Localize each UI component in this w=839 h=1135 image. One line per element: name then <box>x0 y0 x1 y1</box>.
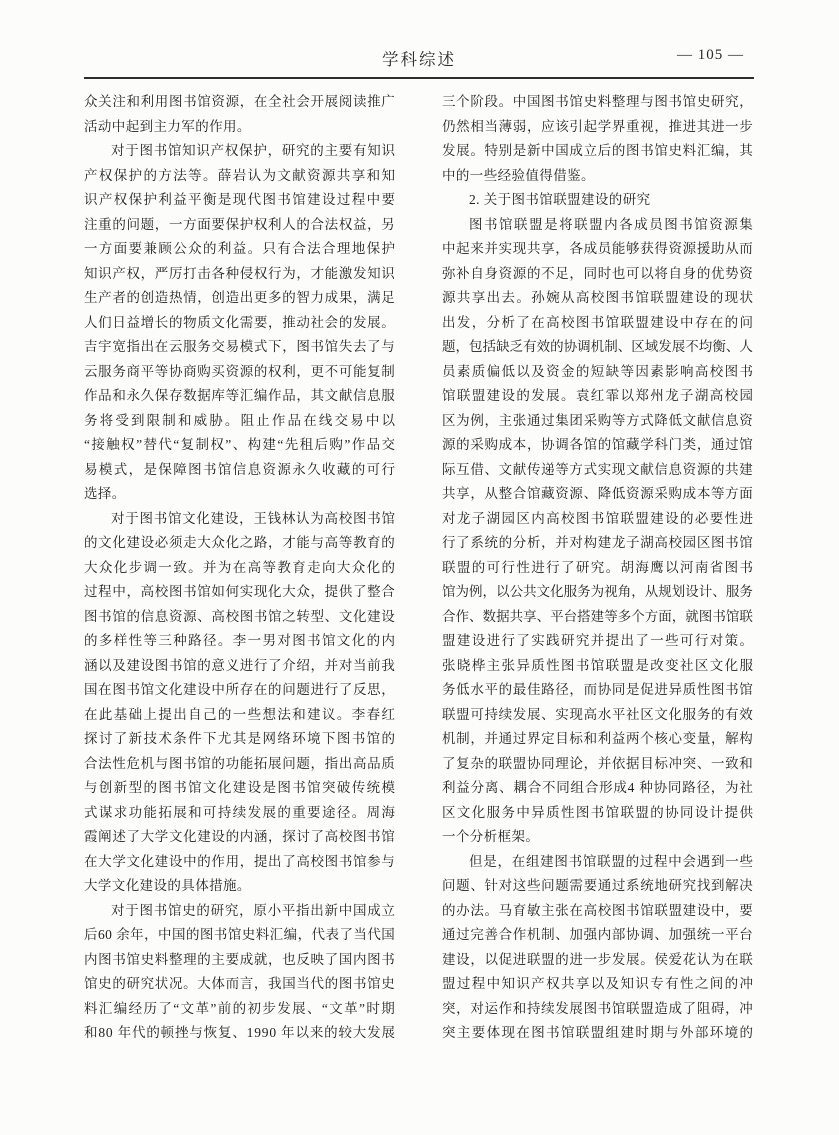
text-line: 出发，分析了在高校图书馆联盟建设中存在的问 <box>442 311 753 336</box>
text-line: 发展。特别是新中国成立后的图书馆史料汇编，其 <box>442 139 753 164</box>
text-line: 图书馆联盟是将联盟内各成员图书馆资源集 <box>442 213 753 238</box>
text-line: 了复杂的联盟协同理论，并依据目标冲突、一致和 <box>442 752 753 777</box>
text-line: 利益分离、耦合不同组合形成4 种协同路径，为社 <box>442 776 753 801</box>
text-line: 的多样性等三种路径。李一男对图书馆文化的内 <box>84 629 395 654</box>
text-line: 与创新型的图书馆文化建设是图书馆突破传统模 <box>84 776 395 801</box>
text-line: 馆史的研究状况。大体而言，我国当代的图书馆史 <box>84 972 395 997</box>
text-line: 注重的问题，一方面要保护权利人的合法权益，另 <box>84 213 395 238</box>
text-line: 知识产权，严厉打击各种侵权行为，才能激发知识 <box>84 262 395 287</box>
text-line: 通过完善合作机制、加强内部协调、加强统一平台 <box>442 923 753 948</box>
text-line: 2. 关于图书馆联盟建设的研究 <box>442 188 753 213</box>
text-columns: 众关注和利用图书馆资源，在全社会开展阅读推广活动中起到主力军的作用。对于图书馆知… <box>84 90 754 1046</box>
text-line: 区文化服务中异质性图书馆联盟的协同设计提供 <box>442 801 753 826</box>
text-line: 合法性危机与图书馆的功能拓展问题，指出高品质 <box>84 752 395 777</box>
text-line: “接触权”替代“复制权”、构建“先租后购”作品交 <box>84 433 395 458</box>
text-line: 产权保护的方法等。薛岩认为文献资源共享和知 <box>84 164 395 189</box>
text-line: 的文化建设必须走大众化之路，才能与高等教育的 <box>84 531 395 556</box>
text-line: 三个阶段。中国图书馆史料整理与图书馆史研究， <box>442 90 753 115</box>
text-line: 作品和永久保存数据库等汇编作品，其文献信息服 <box>84 384 395 409</box>
text-line: 合作、数据共享、平台搭建等多个方面，就图书馆联 <box>442 605 753 630</box>
text-line: 联盟的可行性进行了研究。胡海鹰以河南省图书 <box>442 556 753 581</box>
text-line: 中的一些经验值得借鉴。 <box>442 164 753 189</box>
text-line: 和80 年代的顿挫与恢复、1990 年以来的较大发展 <box>84 1021 395 1046</box>
right-column: 三个阶段。中国图书馆史料整理与图书馆史研究，仍然相当薄弱，应该引起学界重视，推进… <box>442 90 753 1046</box>
text-line: 建设，以促进联盟的进一步发展。侯爱花认为在联 <box>442 948 753 973</box>
text-line: 在此基础上提出自己的一些想法和建议。李春红 <box>84 703 395 728</box>
text-line: 突，对运作和持续发展图书馆联盟造成了阻碍，冲 <box>442 997 753 1022</box>
text-line: 对于图书馆知识产权保护，研究的主要有知识 <box>84 139 395 164</box>
text-line: 弥补自身资源的不足，同时也可以将自身的优势资 <box>442 262 753 287</box>
text-line: 但是，在组建图书馆联盟的过程中会遇到一些 <box>442 850 753 875</box>
page-content: 学科综述 — 105 — 众关注和利用图书馆资源，在全社会开展阅读推广活动中起到… <box>84 0 754 1046</box>
text-line: 生产者的创造热情，创造出更多的智力成果，满足 <box>84 286 395 311</box>
text-line: 国在图书馆文化建设中所存在的问题进行了反思， <box>84 678 395 703</box>
text-line: 在大学文化建设中的作用，提出了高校图书馆参与 <box>84 850 395 875</box>
text-line: 联盟可持续发展、实现高水平社区文化服务的有效 <box>442 703 753 728</box>
text-line: 图书馆的信息资源、高校图书馆之转型、文化建设 <box>84 605 395 630</box>
text-line: 易模式，是保障图书馆信息资源永久收藏的可行 <box>84 458 395 483</box>
text-line: 人们日益增长的物质文化需要，推动社会的发展。 <box>84 311 395 336</box>
running-head: 学科综述 — 105 — <box>84 46 754 72</box>
text-line: 源的采购成本，协调各馆的馆藏学科门类，通过馆 <box>442 433 753 458</box>
text-line: 务将受到限制和威胁。阻止作品在线交易中以 <box>84 409 395 434</box>
text-line: 识产权保护利益平衡是现代图书馆建设过程中要 <box>84 188 395 213</box>
text-line: 活动中起到主力军的作用。 <box>84 115 395 140</box>
header-rule <box>84 77 754 79</box>
text-line: 对于图书馆史的研究，原小平指出新中国成立 <box>84 899 395 924</box>
text-line: 探讨了新技术条件下尤其是网络环境下图书馆的 <box>84 727 395 752</box>
journal-page: 学科综述 — 105 — 众关注和利用图书馆资源，在全社会开展阅读推广活动中起到… <box>0 0 839 1135</box>
text-line: 共享，从整合馆藏资源、降低资源采购成本等方面 <box>442 482 753 507</box>
text-line: 一方面要兼顾公众的利益。只有合法合理地保护 <box>84 237 395 262</box>
text-line: 云服务商平等协商购买资源的权利，更不可能复制 <box>84 360 395 385</box>
text-line: 众关注和利用图书馆资源，在全社会开展阅读推广 <box>84 90 395 115</box>
text-line: 源共享出去。孙婉从高校图书馆联盟建设的现状 <box>442 286 753 311</box>
text-line: 后60 余年，中国的图书馆史料汇编，代表了当代国 <box>84 923 395 948</box>
text-line: 内图书馆史料整理的主要成就，也反映了国内图书 <box>84 948 395 973</box>
text-line: 突主要体现在图书馆联盟组建时期与外部环境的 <box>442 1021 753 1046</box>
text-line: 馆为例，以公共文化服务为视角，从规划设计、服务 <box>442 580 753 605</box>
text-line: 涵以及建设图书馆的意义进行了介绍，并对当前我 <box>84 654 395 679</box>
text-line: 区为例，主张通过集团采购等方式降低文献信息资 <box>442 409 753 434</box>
text-line: 问题、针对这些问题需要通过系统地研究找到解决 <box>442 874 753 899</box>
running-head-title: 学科综述 <box>382 50 456 69</box>
text-line: 霞阐述了大学文化建设的内涵，探讨了高校图书馆 <box>84 825 395 850</box>
text-line: 张晓桦主张异质性图书馆联盟是改变社区文化服 <box>442 654 753 679</box>
text-line: 对龙子湖园区内高校图书馆联盟建设的必要性进 <box>442 507 753 532</box>
text-line: 中起来并实现共享，各成员能够获得资源援助从而 <box>442 237 753 262</box>
text-line: 际互借、文献传递等方式实现文献信息资源的共建 <box>442 458 753 483</box>
left-column: 众关注和利用图书馆资源，在全社会开展阅读推广活动中起到主力军的作用。对于图书馆知… <box>84 90 395 1046</box>
text-line: 料汇编经历了“文革”前的初步发展、“文革”时期 <box>84 997 395 1022</box>
text-line: 过程中，高校图书馆如何实现化大众，提供了整合 <box>84 580 395 605</box>
text-line: 盟过程中知识产权共享以及知识专有性之间的冲 <box>442 972 753 997</box>
text-line: 的办法。马育敏主张在高校图书馆联盟建设中，要 <box>442 899 753 924</box>
text-line: 盟建设进行了实践研究并提出了一些可行对策。 <box>442 629 753 654</box>
text-line: 馆联盟建设的发展。袁红霏以郑州龙子湖高校园 <box>442 384 753 409</box>
text-line: 式谋求功能拓展和可持续发展的重要途径。周海 <box>84 801 395 826</box>
text-line: 机制，并通过界定目标和利益两个核心变量，解构 <box>442 727 753 752</box>
page-number: — 105 — <box>677 47 744 64</box>
text-line: 大众化步调一致。并为在高等教育走向大众化的 <box>84 556 395 581</box>
text-line: 大学文化建设的具体措施。 <box>84 874 395 899</box>
text-line: 题，包括缺乏有效的协调机制、区域发展不均衡、人 <box>442 335 753 360</box>
text-line: 吉宇宽指出在云服务交易模式下，图书馆失去了与 <box>84 335 395 360</box>
text-line: 选择。 <box>84 482 395 507</box>
text-line: 员素质偏低以及资金的短缺等因素影响高校图书 <box>442 360 753 385</box>
text-line: 对于图书馆文化建设，王钱林认为高校图书馆 <box>84 507 395 532</box>
text-line: 一个分析框架。 <box>442 825 753 850</box>
text-line: 务低水平的最佳路径，而协同是促进异质性图书馆 <box>442 678 753 703</box>
text-line: 行了系统的分析，并对构建龙子湖高校园区图书馆 <box>442 531 753 556</box>
text-line: 仍然相当薄弱，应该引起学界重视，推进其进一步 <box>442 115 753 140</box>
